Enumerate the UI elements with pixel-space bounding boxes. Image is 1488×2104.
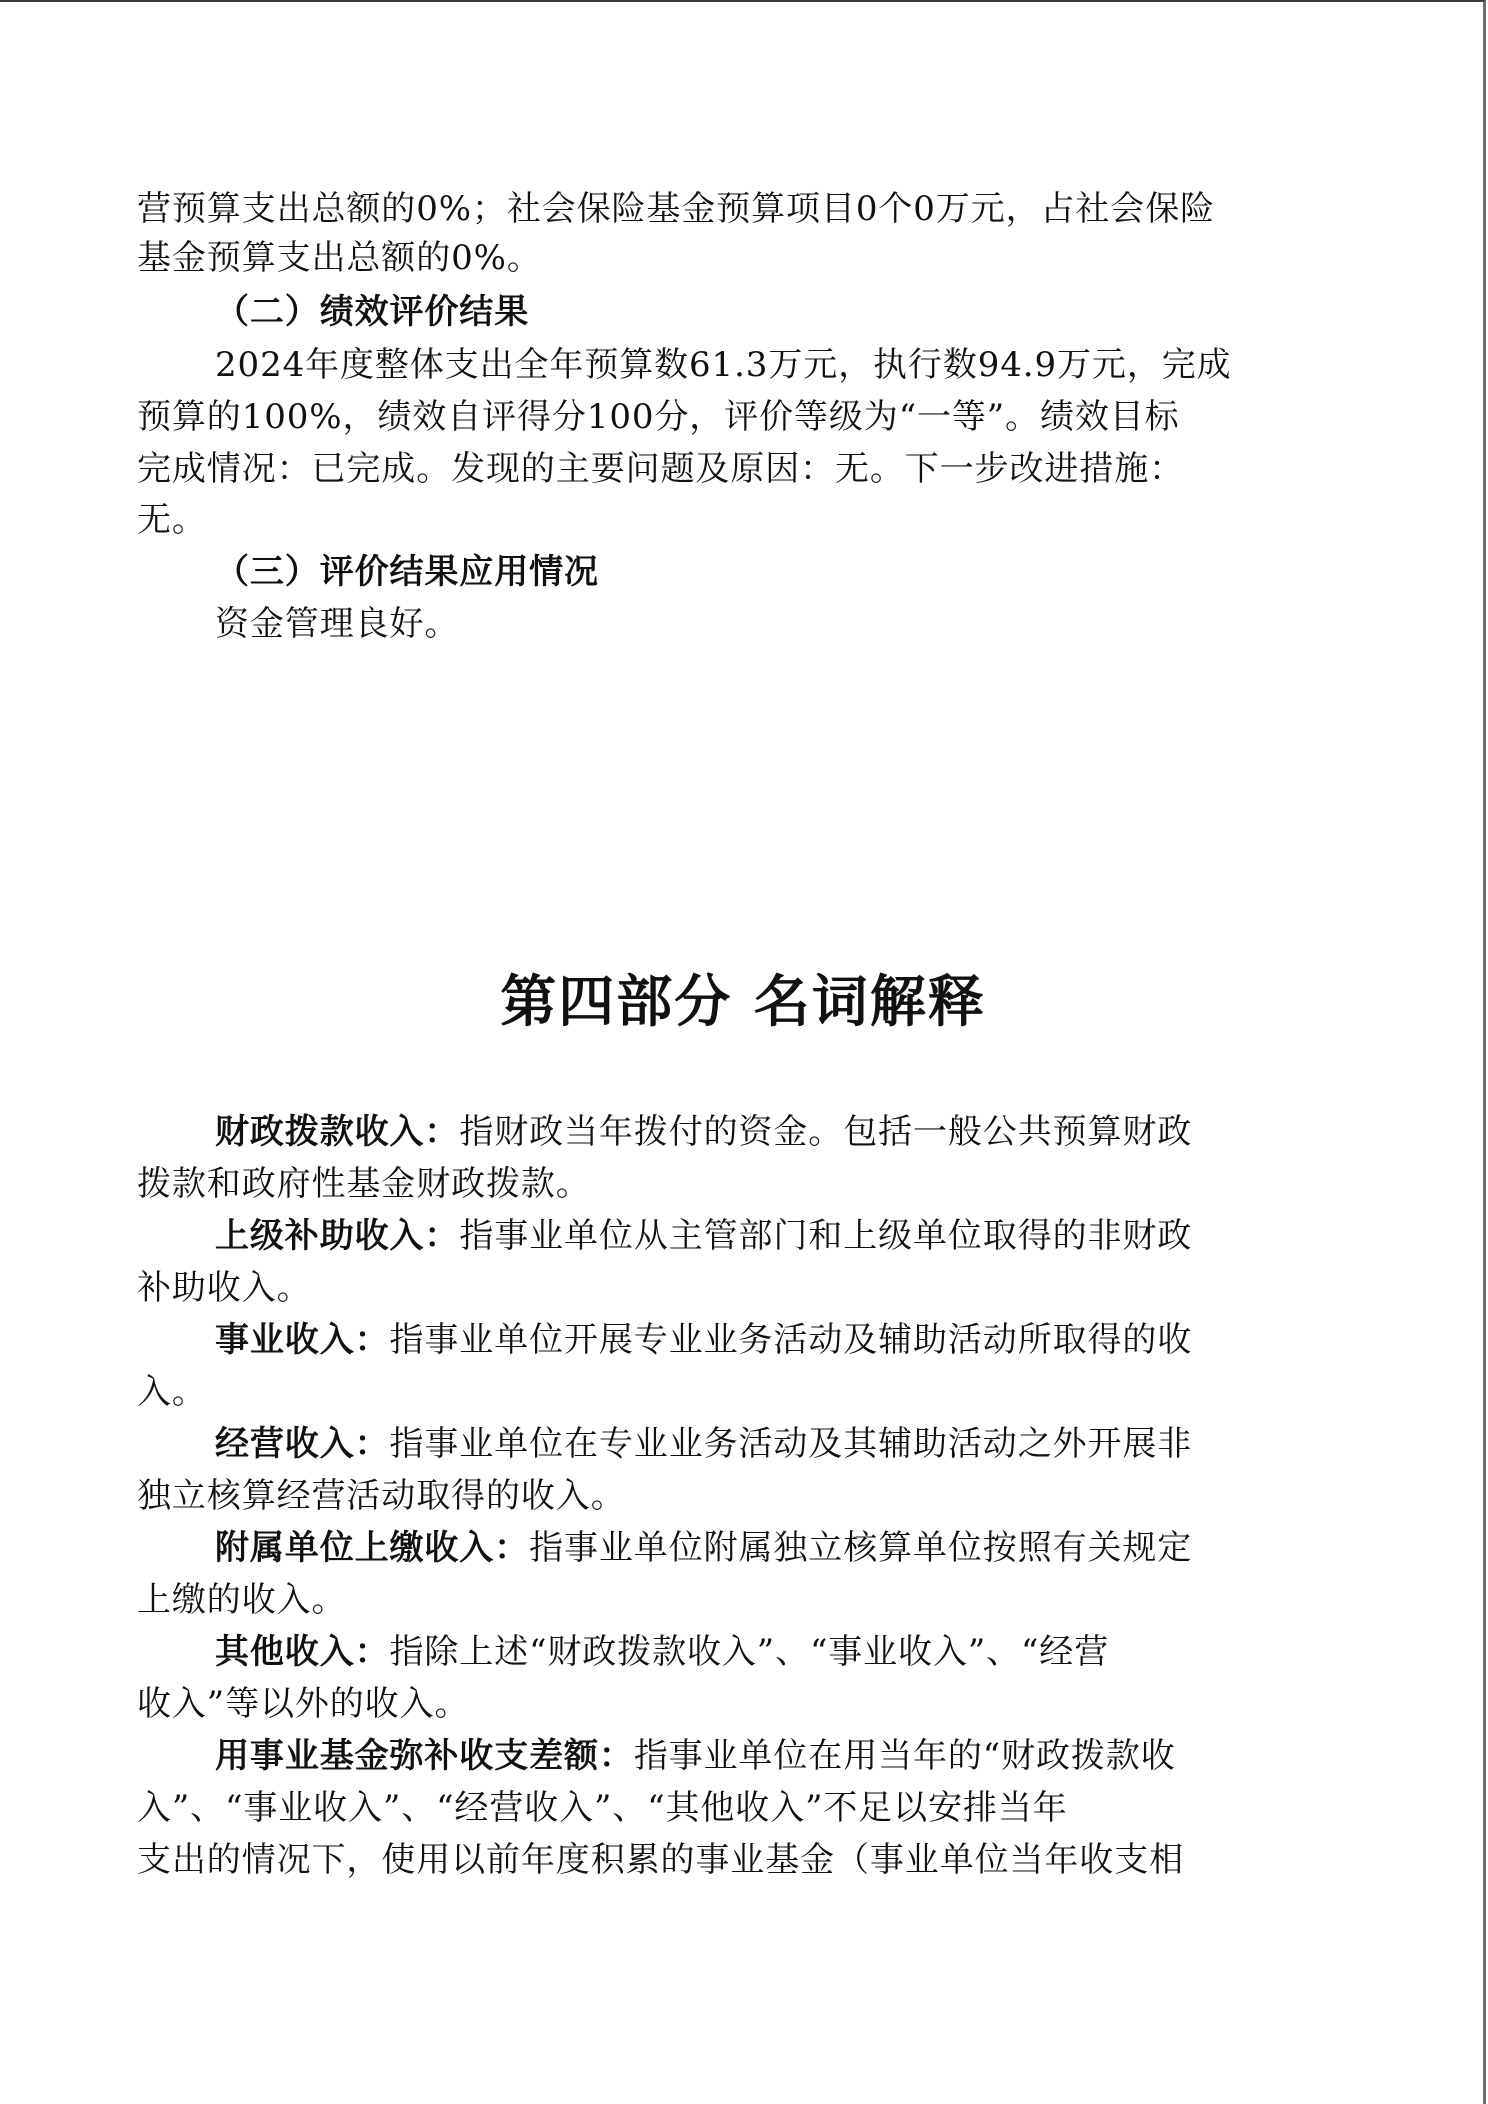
glossary-definition: 指事业单位在专业业务活动及其辅助活动之外开展非: [390, 1424, 1193, 1464]
document-page: 营预算支出总额的0%；社会保险基金预算项目0个0万元，占社会保险 基金预算支出总…: [0, 0, 1486, 2104]
paragraph-line: 基金预算支出总额的0%。: [137, 238, 542, 278]
glossary-term: 其他收入：: [215, 1632, 390, 1672]
paragraph-line: 资金管理良好。: [215, 604, 459, 644]
glossary-definition: 指事业单位从主管部门和上级单位取得的非财政: [459, 1216, 1192, 1256]
glossary-definition: 指事业单位在用当年的“财政拨款收: [634, 1736, 1176, 1776]
paragraph-line: 收入”等以外的收入。: [137, 1684, 469, 1724]
paragraph-line: 独立核算经营活动取得的收入。: [137, 1476, 626, 1516]
paragraph-line: 无。: [137, 500, 207, 540]
glossary-term: 上级补助收入：: [215, 1216, 459, 1256]
glossary-entry: 用事业基金弥补收支差额：指事业单位在用当年的“财政拨款收: [215, 1736, 1176, 1776]
glossary-entry: 其他收入：指除上述“财政拨款收入”、“事业收入”、“经营: [215, 1632, 1109, 1672]
paragraph-line: 完成情况：已完成。发现的主要问题及原因：无。下一步改进措施：: [137, 449, 1184, 489]
glossary-term: 用事业基金弥补收支差额：: [215, 1736, 634, 1776]
paragraph-line: 补助收入。: [137, 1268, 312, 1308]
glossary-definition: 指财政当年拨付的资金。包括一般公共预算财政: [459, 1112, 1192, 1152]
paragraph-line: 预算的100%，绩效自评得分100分，评价等级为“一等”。绩效目标: [137, 397, 1180, 437]
paragraph-line: 支出的情况下，使用以前年度积累的事业基金（事业单位当年收支相: [137, 1840, 1184, 1880]
glossary-term: 经营收入：: [215, 1424, 390, 1464]
glossary-term: 事业收入：: [215, 1320, 390, 1360]
glossary-term: 附属单位上缴收入：: [215, 1528, 529, 1568]
glossary-term: 财政拨款收入：: [215, 1112, 459, 1152]
subheading-result-application: （三）评价结果应用情况: [215, 552, 599, 592]
glossary-entry: 财政拨款收入：指财政当年拨付的资金。包括一般公共预算财政: [215, 1112, 1192, 1152]
glossary-entry: 上级补助收入：指事业单位从主管部门和上级单位取得的非财政: [215, 1216, 1192, 1256]
glossary-entry: 事业收入：指事业单位开展专业业务活动及辅助活动所取得的收: [215, 1320, 1192, 1360]
paragraph-line: 2024年度整体支出全年预算数61.3万元，执行数94.9万元，完成: [215, 345, 1232, 385]
subheading-performance-result: （二）绩效评价结果: [215, 292, 529, 332]
glossary-definition: 指除上述“财政拨款收入”、“事业收入”、“经营: [390, 1632, 1110, 1672]
glossary-entry: 经营收入：指事业单位在专业业务活动及其辅助活动之外开展非: [215, 1424, 1192, 1464]
page-title: 第四部分 名词解释: [0, 970, 1486, 1036]
paragraph-line: 营预算支出总额的0%；社会保险基金预算项目0个0万元，占社会保险: [137, 189, 1215, 229]
glossary-definition: 指事业单位附属独立核算单位按照有关规定: [529, 1528, 1192, 1568]
paragraph-line: 上缴的收入。: [137, 1580, 346, 1620]
glossary-definition: 指事业单位开展专业业务活动及辅助活动所取得的收: [390, 1320, 1193, 1360]
paragraph-line: 拨款和政府性基金财政拨款。: [137, 1164, 591, 1204]
paragraph-line: 入”、“事业收入”、“经营收入”、“其他收入”不足以安排当年: [137, 1788, 1068, 1828]
paragraph-line: 入。: [137, 1372, 207, 1412]
glossary-entry: 附属单位上缴收入：指事业单位附属独立核算单位按照有关规定: [215, 1528, 1192, 1568]
